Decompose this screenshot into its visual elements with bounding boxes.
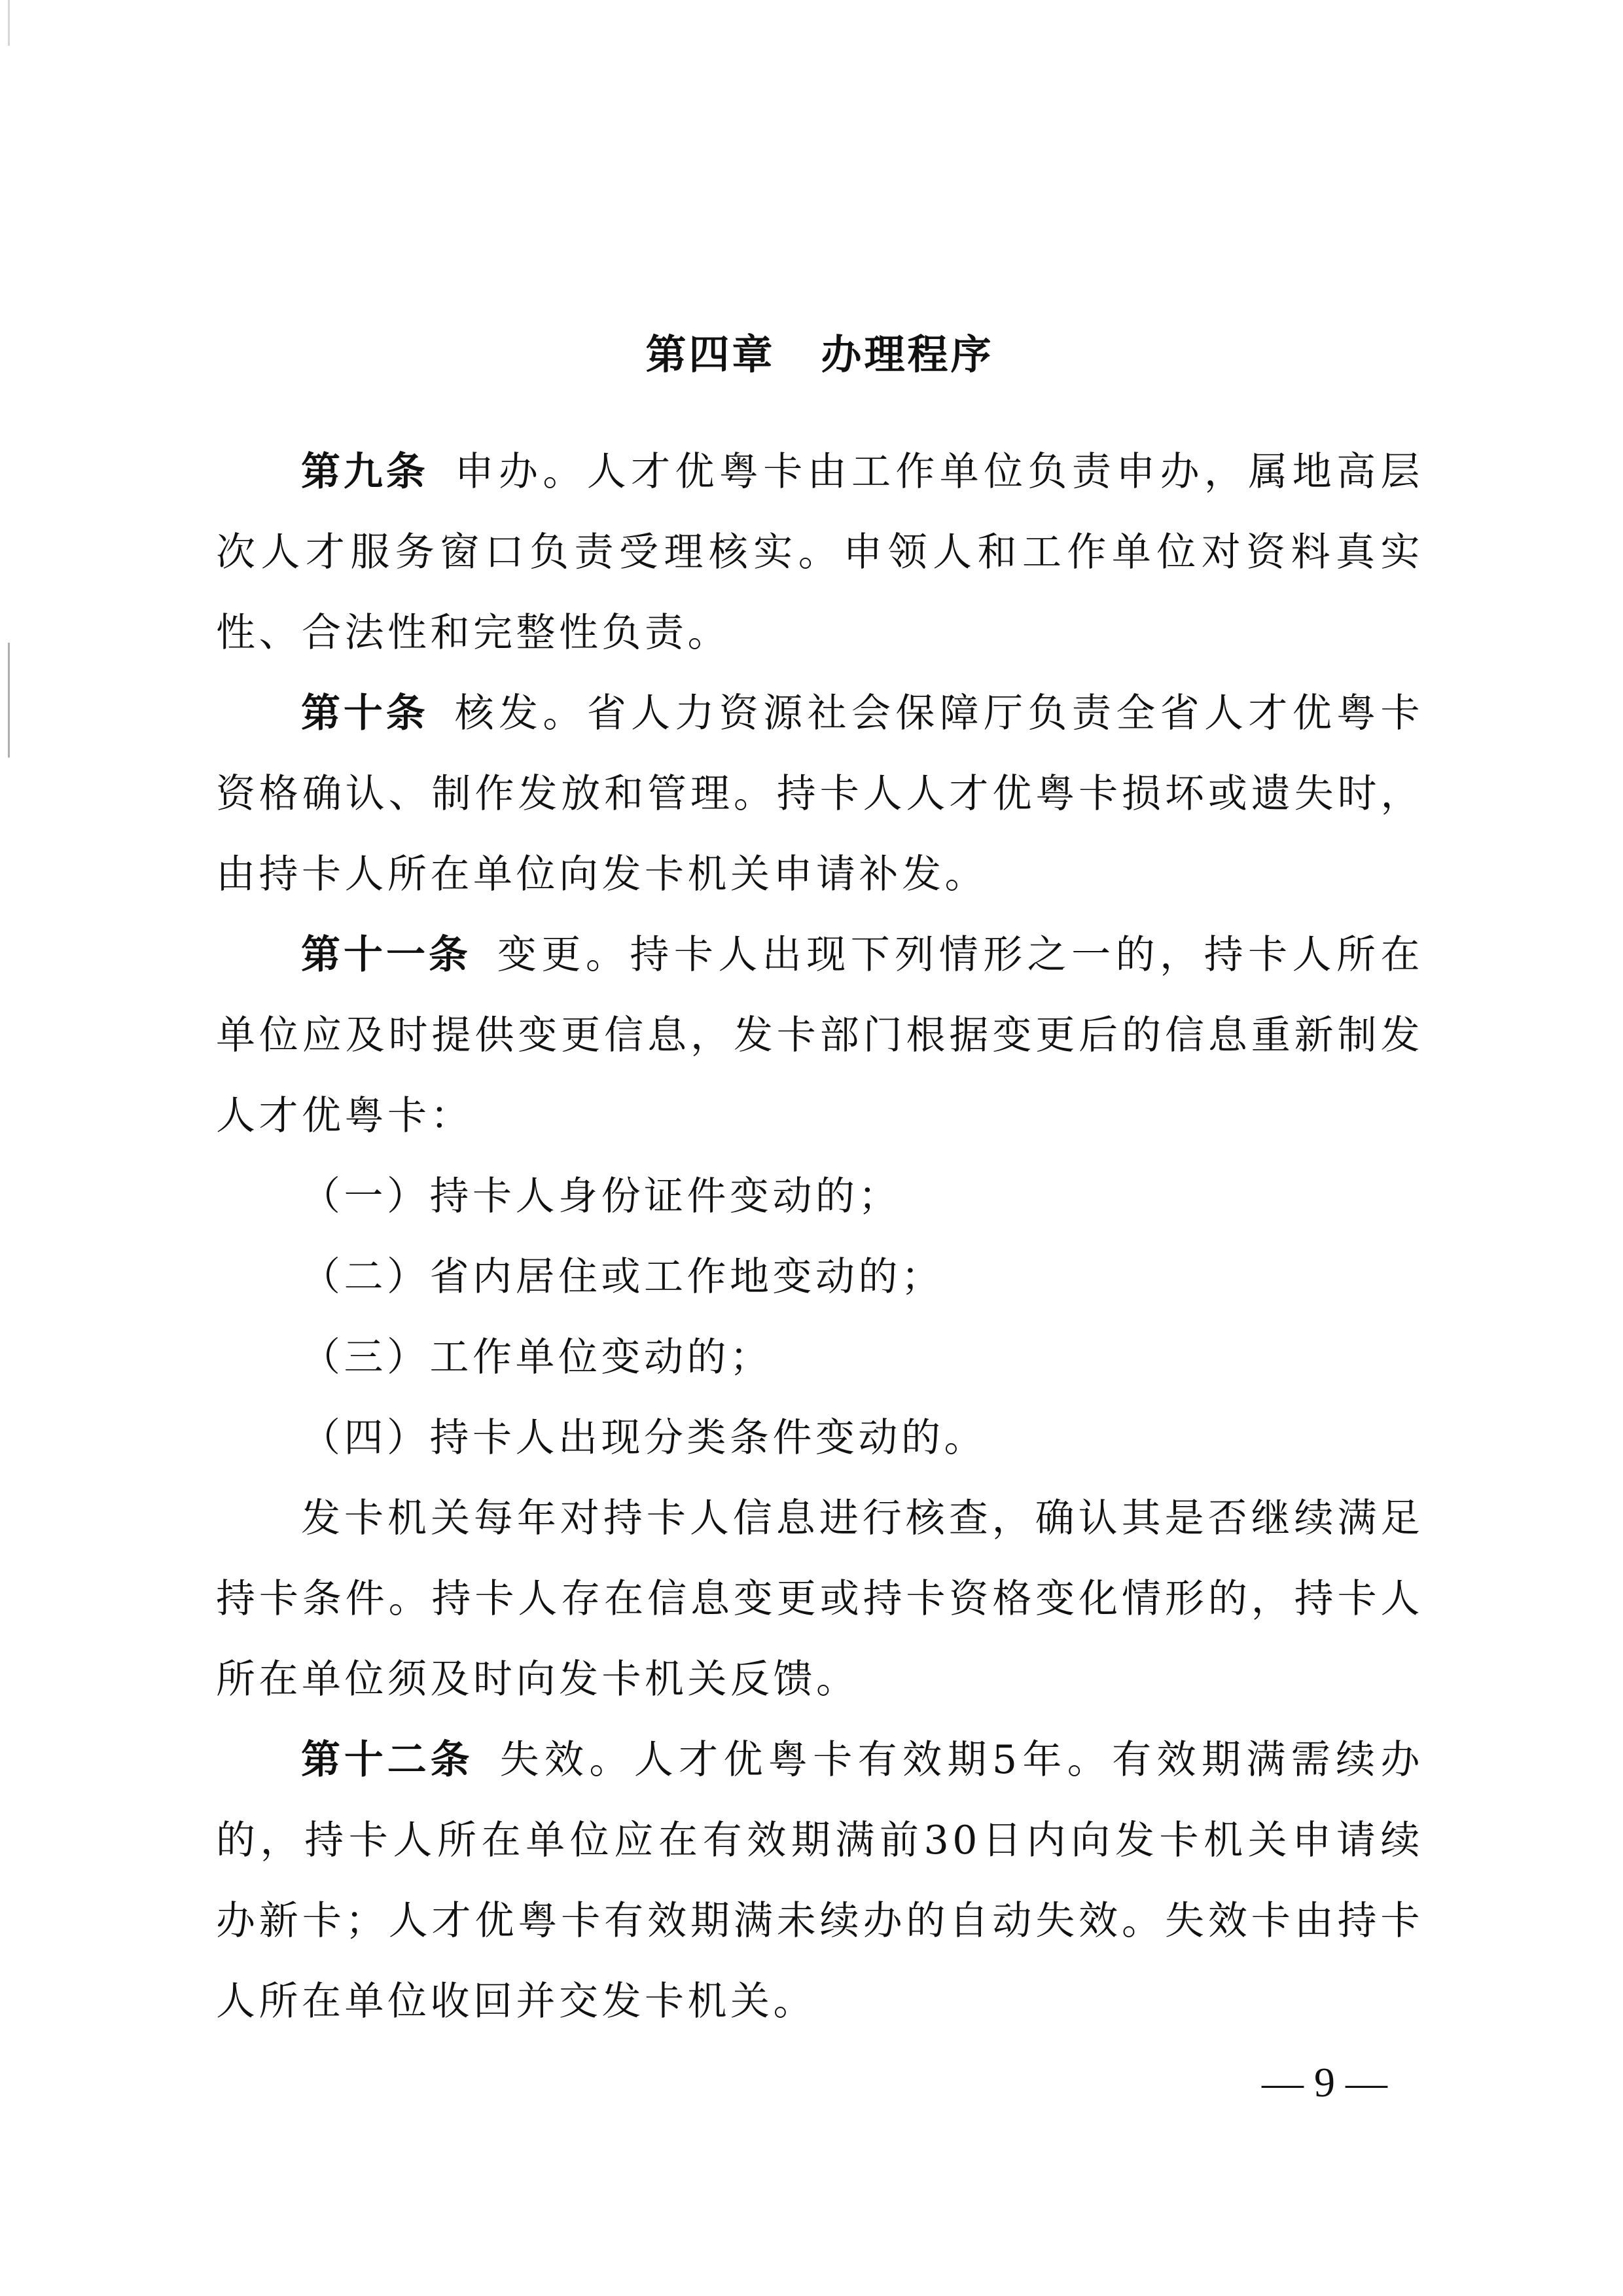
article-heading: 第十二条: [301, 1737, 474, 1783]
article-11: 第十一条变更。持卡人出现下列情形之一的，持卡人所在单位应及时提供变更信息，发卡部…: [216, 915, 1423, 1157]
article-10: 第十条核发。省人力资源社会保障厅负责全省人才优粤卡资格确认、制作发放和管理。持卡…: [216, 673, 1423, 915]
chapter-title: 第四章办理程序: [216, 322, 1423, 380]
chapter-number: 第四章: [645, 331, 775, 378]
article-heading: 第十条: [301, 691, 429, 736]
article-9: 第九条申办。人才优粤卡由工作单位负责申办，属地高层次人才服务窗口负责受理核实。申…: [216, 432, 1423, 673]
list-item: （二）省内居住或工作地变动的；: [216, 1237, 1423, 1318]
list-item: （四）持卡人出现分类条件变动的。: [216, 1398, 1423, 1479]
list-item: （三）工作单位变动的；: [216, 1318, 1423, 1398]
scan-edge-artifact: [8, 0, 10, 2296]
list-item: （一）持卡人身份证件变动的；: [216, 1157, 1423, 1237]
article-12: 第十二条失效。人才优粤卡有效期5年。有效期满需续办的，持卡人所在单位应在有效期满…: [216, 1720, 1423, 2042]
article-11-followup: 发卡机关每年对持卡人信息进行核查，确认其是否继续满足持卡条件。持卡人存在信息变更…: [216, 1479, 1423, 1720]
page-number: — 9 —: [1262, 2058, 1387, 2107]
document-body: 第九条申办。人才优粤卡由工作单位负责申办，属地高层次人才服务窗口负责受理核实。申…: [216, 432, 1423, 2042]
article-heading: 第十一条: [301, 932, 471, 978]
article-heading: 第九条: [301, 449, 429, 495]
chapter-name: 办理程序: [821, 331, 994, 378]
